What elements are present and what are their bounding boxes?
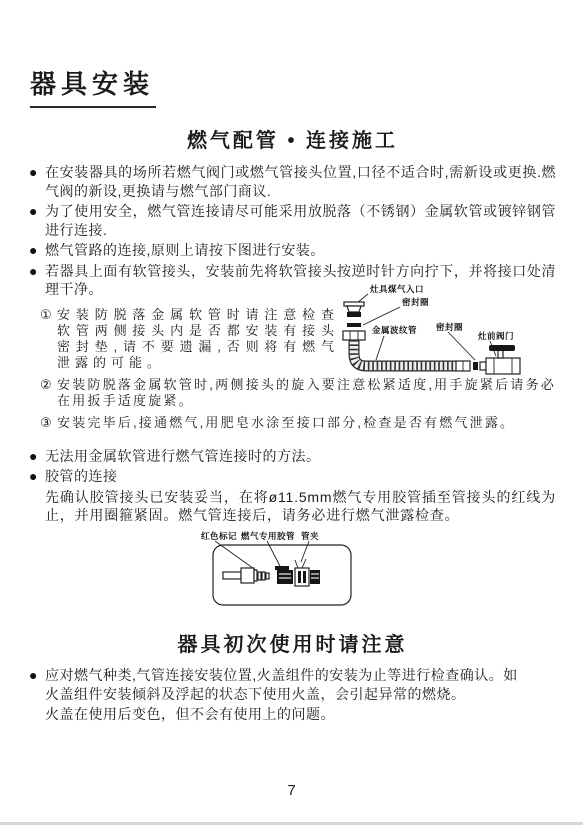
bullet-icon: ● (29, 447, 45, 466)
list-item: ● 胶管的连接 (29, 467, 556, 486)
rubber-hose-connection-diagram: 红色标记 燃气专用胶管 管夹 (195, 530, 363, 612)
manual-page: 器具安装 燃气配管 • 连接施工 ● 在安装器具的场所若燃气阀门或燃气管接头位置… (0, 0, 583, 825)
diagram-label-stove-gas-inlet: 灶具煤气入口 (369, 284, 424, 294)
rubber-hose-section: ● 无法用金属软管进行燃气管连接时的方法。 ● 胶管的连接 先确认胶管接头已安装… (29, 447, 556, 612)
page-content: 器具安装 燃气配管 • 连接施工 ● 在安装器具的场所若燃气阀门或燃气管接头位置… (0, 0, 583, 724)
gas-inlet-fitting (344, 302, 364, 317)
page-title: 器具安装 (30, 64, 156, 108)
note-item-3: ③ 安装完毕后,接通燃气,用肥皂水涂至接口部分,检查是否有燃气泄露。 (40, 415, 556, 431)
seal-ring-right (473, 362, 478, 370)
list-item: ● 在安装器具的场所若燃气阀门或燃气管接头位置,口径不适合时,需新设或更换.燃气… (29, 163, 556, 200)
diagram-label-corrugated-tube: 金属波纹管 (372, 325, 417, 335)
text-line: 应对燃气种类,气管连接安装位置,火盖组件的安装为止等进行检查确认。如 (45, 666, 556, 686)
page-number: 7 (0, 782, 583, 799)
bullet-icon: ● (29, 202, 45, 239)
hose-nut-right (456, 361, 470, 371)
section-heading-first-use: 器具初次使用时请注意 (29, 628, 556, 657)
note-number: ① (40, 307, 57, 371)
bullet-icon: ● (29, 262, 45, 299)
bullet-text: 为了使用安全，燃气管连接请尽可能采用放脱落（不锈钢）金属软管或镀锌钢管进行连接. (45, 202, 556, 239)
section-heading-gas-piping: 燃气配管 • 连接施工 (29, 124, 556, 153)
metal-hose-connection-diagram: 灶具煤气入口 密封圈 (336, 282, 568, 382)
installation-bullet-list: ● 在安装器具的场所若燃气阀门或燃气管接头位置,口径不适合时,需新设或更换.燃气… (29, 163, 556, 260)
rubber-hose-instructions: 先确认胶管接头已安装妥当，在将ø11.5mm燃气专用胶管插至管接头的红线为止，并… (45, 488, 556, 525)
bullet-text: 无法用金属软管进行燃气管连接时的方法。 (45, 447, 556, 466)
note-text: 安装完毕后,接通燃气,用肥皂水涂至接口部分,检查是否有燃气泄露。 (57, 415, 556, 431)
list-item: ● 无法用金属软管进行燃气管连接时的方法。 (29, 447, 556, 466)
list-item: ● 燃气管路的连接,原则上请按下图进行安装。 (29, 241, 556, 260)
notes-and-diagram-area: ● 若器具上面有软管接头，安装前先将软管接头按逆时针方向拧下，并将接口处清理干净… (29, 262, 556, 431)
text-line: 火盖组件安装倾斜及浮起的状态下使用火盖，会引起异常的燃烧。 (45, 685, 556, 705)
diagram-label-pipe-clamp: 管夹 (301, 531, 319, 541)
note-number: ③ (40, 415, 57, 431)
corrugated-tube (354, 340, 456, 366)
first-use-note: ● 应对燃气种类,气管连接安装位置,火盖组件的安装为止等进行检查确认。如 火盖组… (29, 666, 556, 725)
list-item: ● 为了使用安全，燃气管连接请尽可能采用放脱落（不锈钢）金属软管或镀锌钢管进行连… (29, 202, 556, 239)
first-use-text: 应对燃气种类,气管连接安装位置,火盖组件的安装为止等进行检查确认。如 火盖组件安… (45, 666, 556, 725)
bullet-icon: ● (29, 467, 45, 486)
bullet-icon: ● (29, 241, 45, 260)
stove-front-valve (480, 345, 520, 374)
note-text: 安装防脱落金属软管时请注意检查软管两侧接头内是否都安装有接头密封垫,请不要遗漏,… (57, 307, 339, 371)
seal-ring-top (347, 323, 361, 327)
note-number: ② (40, 377, 57, 409)
rubber-hose-bullet-list: ● 无法用金属软管进行燃气管连接时的方法。 ● 胶管的连接 (29, 447, 556, 486)
diagram-label-stove-valve: 灶前阀门 (477, 331, 514, 341)
text-line: 火盖在使用后变色，但不会有使用上的问题。 (45, 705, 556, 725)
bullet-text: 在安装器具的场所若燃气阀门或燃气管接头位置,口径不适合时,需新设或更换.燃气阀的… (45, 163, 556, 200)
diagram-label-gas-hose: 燃气专用胶管 (240, 531, 295, 541)
diagram-label-seal-ring-2: 密封圈 (436, 322, 463, 332)
diagram-label-red-mark: 红色标记 (201, 531, 237, 541)
hose-nut-left (343, 331, 365, 340)
diagram-label-seal-ring-1: 密封圈 (402, 297, 429, 307)
bullet-text: 燃气管路的连接,原则上请按下图进行安装。 (45, 241, 556, 260)
bullet-text: 胶管的连接 (45, 467, 556, 486)
bullet-icon: ● (29, 666, 45, 725)
bullet-icon: ● (29, 163, 45, 200)
